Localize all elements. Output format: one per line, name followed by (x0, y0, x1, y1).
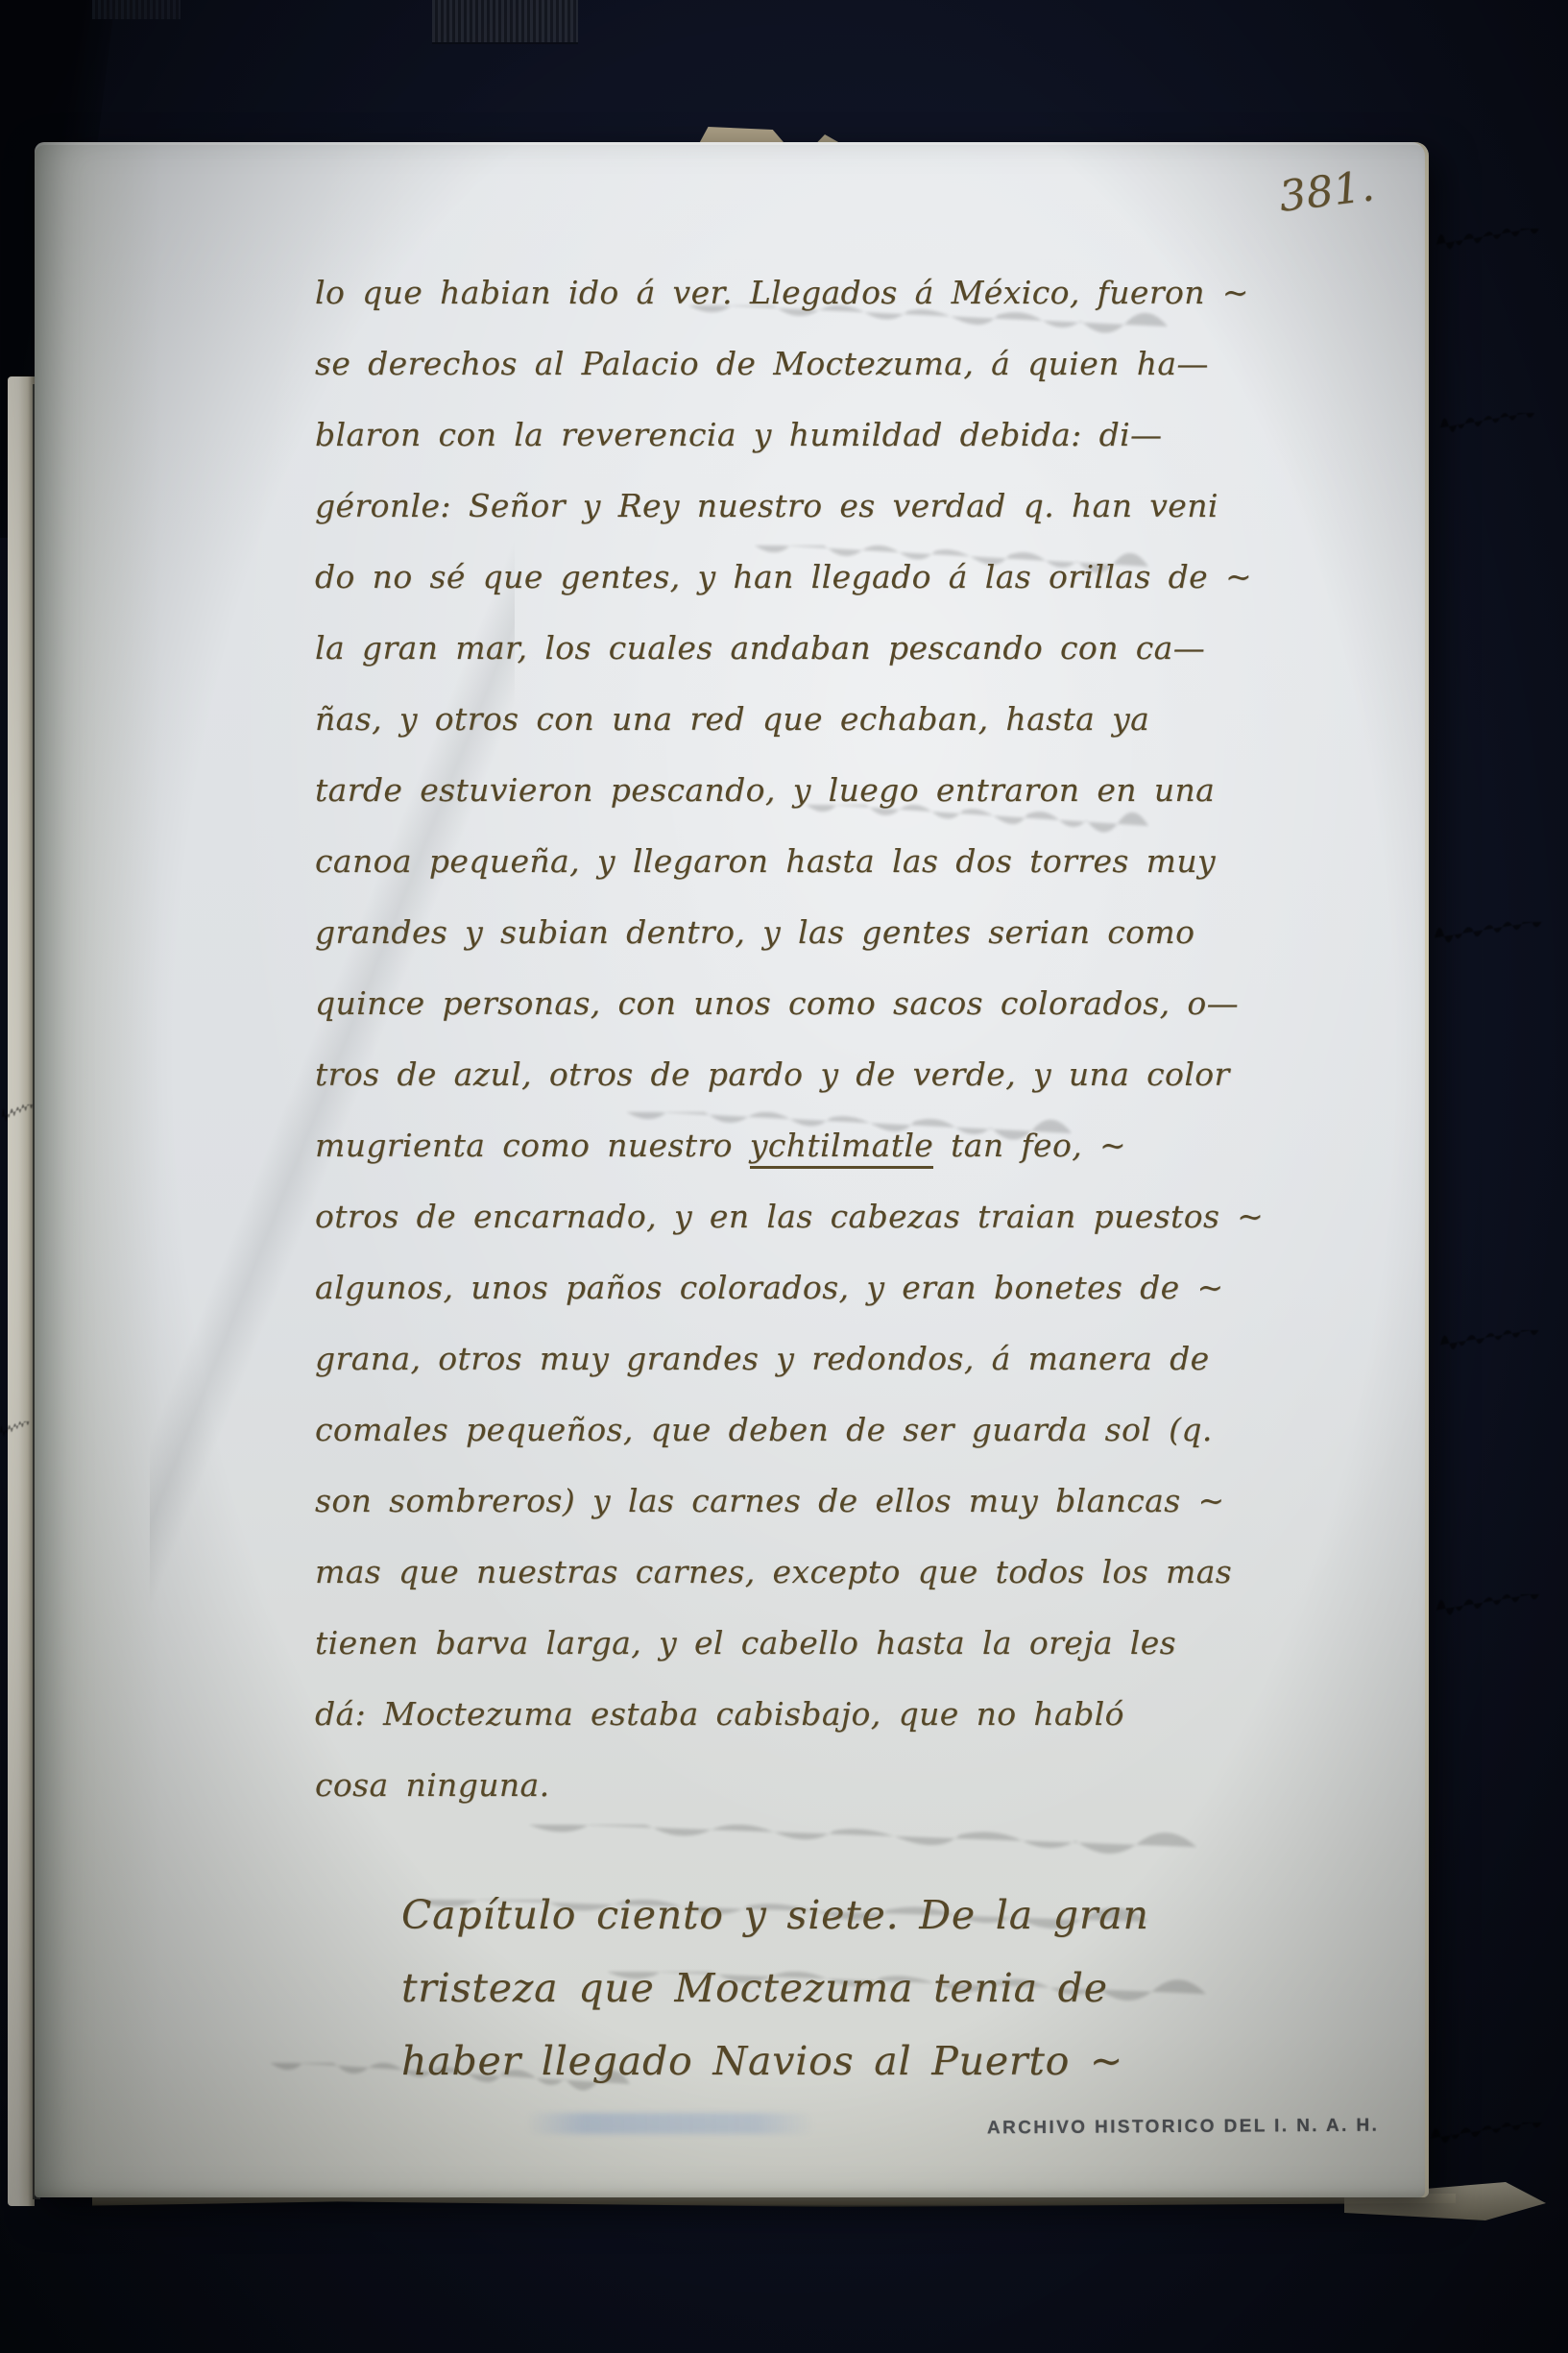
manuscript-line: mugrienta como nuestro ychtilmatle tan f… (315, 1110, 1448, 1181)
adjacent-page-writing-mark (1436, 1594, 1552, 1623)
manuscript-line: son sombreros) y las carnes de ellos muy… (315, 1466, 1448, 1537)
manuscript-line: géronle: Señor y Rey nuestro es verdad q… (315, 471, 1448, 542)
line-segment: tan feo, ~ (933, 1127, 1126, 1164)
chapter-heading-line: haber llegado Navios al Puerto ~ (401, 2025, 1362, 2098)
manuscript-line: dá: Moctezuma estaba cabisbajo, que no h… (315, 1679, 1448, 1750)
manuscript-line: ñas, y otros con una red que echaban, ha… (315, 684, 1448, 755)
manuscript-line: grandes y subian dentro, y las gentes se… (315, 897, 1448, 968)
fabric-tab (432, 0, 578, 44)
manuscript-line: cosa ninguna. (315, 1750, 1448, 1821)
manuscript-line: comales pequeños, que deben de ser guard… (315, 1395, 1448, 1466)
manuscript-line: tarde estuvieron pescando, y luego entra… (315, 755, 1448, 826)
manuscript-line: otros de encarnado, y en las cabezas tra… (315, 1181, 1448, 1252)
chapter-heading-line: Capítulo ciento y siete. De la gran (401, 1879, 1362, 1952)
manuscript-line: canoa pequeña, y llegaron hasta las dos … (315, 826, 1448, 897)
chapter-heading: Capítulo ciento y siete. De la gran tris… (401, 1879, 1362, 2098)
manuscript-line: grana, otros muy grandes y redondos, á m… (315, 1323, 1448, 1395)
manuscript-body: lo que habian ido á ver. Llegados á Méxi… (315, 257, 1448, 1821)
manuscript-line: do no sé que gentes, y han llegado á las… (315, 542, 1448, 613)
manuscript-line: lo que habian ido á ver. Llegados á Méxi… (315, 257, 1448, 328)
underlined-word: ychtilmatle (750, 1127, 933, 1169)
chapter-heading-line: tristeza que Moctezuma tenia de (401, 1952, 1362, 2025)
manuscript-line: tienen barva larga, y el cabello hasta l… (315, 1608, 1448, 1679)
archive-stamp: ARCHIVO HISTORICO DEL I. N. A. H. (987, 2116, 1379, 2140)
adjacent-page-writing-mark (1436, 229, 1552, 257)
manuscript-line: algunos, unos paños colorados, y eran bo… (315, 1252, 1448, 1323)
facing-leaf-edge (8, 376, 35, 2206)
adjacent-page-writing-mark (1431, 2123, 1556, 2151)
manuscript-line: quince personas, con unos como sacos col… (315, 968, 1448, 1039)
adjacent-page-writing-mark (1435, 922, 1555, 951)
folio-number: 381. (1276, 161, 1377, 222)
archival-scan: 381. lo que habian ido á ver. Llegados á… (0, 0, 1568, 2353)
facing-leaf-writing-mark (2, 1104, 36, 1128)
manuscript-line: blaron con la reverencia y humildad debi… (315, 400, 1448, 471)
line-segment: mugrienta como nuestro (315, 1127, 750, 1164)
facing-leaf-writing-mark (0, 1421, 33, 1443)
bleedthrough-ghost-writing (447, 1825, 1196, 1865)
manuscript-line: tros de azul, otros de pardo y de verde,… (315, 1039, 1448, 1110)
fabric-tab-small (92, 0, 181, 19)
manuscript-page: 381. lo que habian ido á ver. Llegados á… (35, 142, 1429, 2197)
manuscript-line: mas que nuestras carnes, excepto que tod… (315, 1537, 1448, 1608)
adjacent-page-writing-mark (1440, 413, 1546, 440)
manuscript-line: la gran mar, los cuales andaban pescando… (315, 613, 1448, 684)
faded-blue-stamp-remnant (526, 2113, 814, 2134)
adjacent-page-writing-mark (1440, 1330, 1551, 1357)
manuscript-line: se derechos al Palacio de Moctezuma, á q… (315, 328, 1448, 400)
